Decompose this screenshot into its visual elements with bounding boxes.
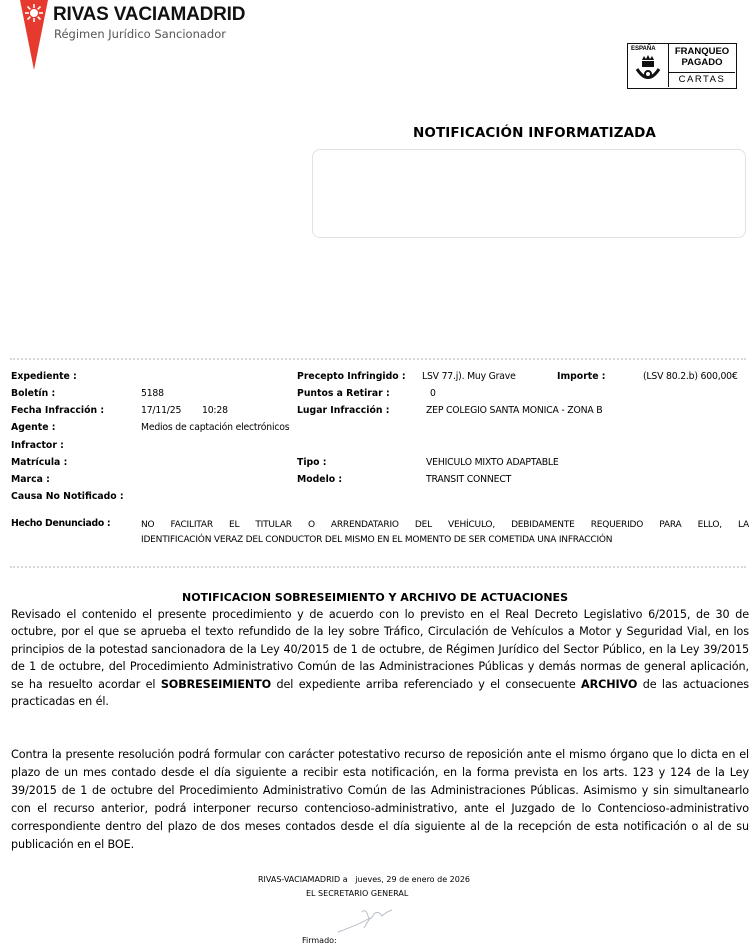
agente-value: Medios de captación electrónicos	[141, 422, 289, 433]
resolution-paragraph-2: Contra la presente resolución podrá form…	[11, 746, 749, 854]
stamp-divider	[669, 72, 735, 73]
handwritten-signature-icon	[330, 906, 400, 934]
puntos-retirar-value: 0	[430, 388, 436, 399]
puntos-retirar-label: Puntos a Retirar :	[297, 388, 390, 399]
hecho-line-1: NO FACILITAR EL TITULAR O ARRENDATARIO D…	[141, 518, 749, 533]
archivo-emphasis: ARCHIVO	[581, 678, 637, 691]
resolution-title: NOTIFICACION SOBRESEIMIENTO Y ARCHIVO DE…	[0, 591, 750, 604]
matricula-label: Matrícula :	[11, 457, 67, 468]
hecho-denunciado-label: Hecho Denunciado :	[11, 518, 110, 529]
boletin-value: 5188	[141, 388, 164, 399]
precepto-infringido-value: LSV 77.j). Muy Grave	[422, 371, 516, 382]
modelo-label: Modelo :	[297, 474, 342, 485]
fecha-infraccion-label: Fecha Infracción :	[11, 405, 104, 416]
tipo-label: Tipo :	[297, 457, 327, 468]
fecha-infraccion-date: 17/11/25	[141, 405, 181, 416]
stamp-line1: FRANQUEO	[669, 46, 735, 57]
org-subtitle: Régimen Jurídico Sancionador	[54, 27, 226, 41]
stamp-country: ESPAÑA	[631, 46, 656, 52]
rivas-logo-flag-icon	[20, 0, 48, 70]
marca-label: Marca :	[11, 474, 50, 485]
dotted-divider-top	[10, 358, 746, 360]
stamp-franqueo-pagado: FRANQUEO PAGADO	[669, 46, 735, 68]
stamp-line2: PAGADO	[669, 57, 735, 68]
postage-stamp: ESPAÑA FRANQUEO PAGADO CARTAS	[627, 43, 737, 89]
infractor-label: Infractor :	[11, 440, 64, 451]
dotted-divider-bottom	[10, 566, 746, 568]
boletin-label: Boletín :	[11, 388, 55, 399]
fecha-infraccion-time: 10:28	[202, 405, 228, 416]
signed-label: Firmado:	[302, 936, 337, 945]
sign-date: jueves, 29 de enero de 2026	[355, 875, 470, 884]
resolution-paragraph-1: Revisado el contenido el presente proced…	[11, 606, 749, 710]
agente-label: Agente :	[11, 422, 55, 433]
tipo-value: VEHICULO MIXTO ADAPTABLE	[426, 457, 559, 468]
lugar-infraccion-value: ZEP COLEGIO SANTA MONICA - ZONA B	[426, 405, 602, 416]
sign-place: RIVAS-VACIAMADRID a	[258, 875, 348, 884]
stamp-cartas: CARTAS	[669, 74, 735, 85]
org-name: RIVAS VACIAMADRID	[53, 4, 245, 26]
document-title: NOTIFICACIÓN INFORMATIZADA	[413, 125, 656, 141]
causa-no-notificado-label: Causa No Notificado :	[11, 491, 124, 502]
expediente-label: Expediente :	[11, 371, 77, 382]
lugar-infraccion-label: Lugar Infracción :	[297, 405, 389, 416]
hecho-line-2: IDENTIFICACIÓN VERAZ DEL CONDUCTOR DEL M…	[141, 533, 749, 548]
address-box	[312, 149, 746, 238]
modelo-value: TRANSIT CONNECT	[426, 474, 511, 485]
importe-label: Importe :	[557, 371, 605, 382]
sign-place-date: RIVAS-VACIAMADRID a jueves, 29 de enero …	[258, 875, 470, 884]
importe-value: (LSV 80.2.b) 600,00€	[643, 371, 738, 382]
post-horn-crown-icon	[634, 54, 662, 84]
signer-role: EL SECRETARIO GENERAL	[306, 889, 408, 898]
correos-emblem: ESPAÑA	[628, 44, 669, 87]
paragraph1-text-b: del expediente arriba referenciado y el …	[271, 678, 581, 691]
precepto-infringido-label: Precepto Infringido :	[297, 371, 406, 382]
hecho-denunciado-text: NO FACILITAR EL TITULAR O ARRENDATARIO D…	[141, 518, 749, 548]
sobreseimiento-emphasis: SOBRESEIMIENTO	[161, 678, 271, 691]
